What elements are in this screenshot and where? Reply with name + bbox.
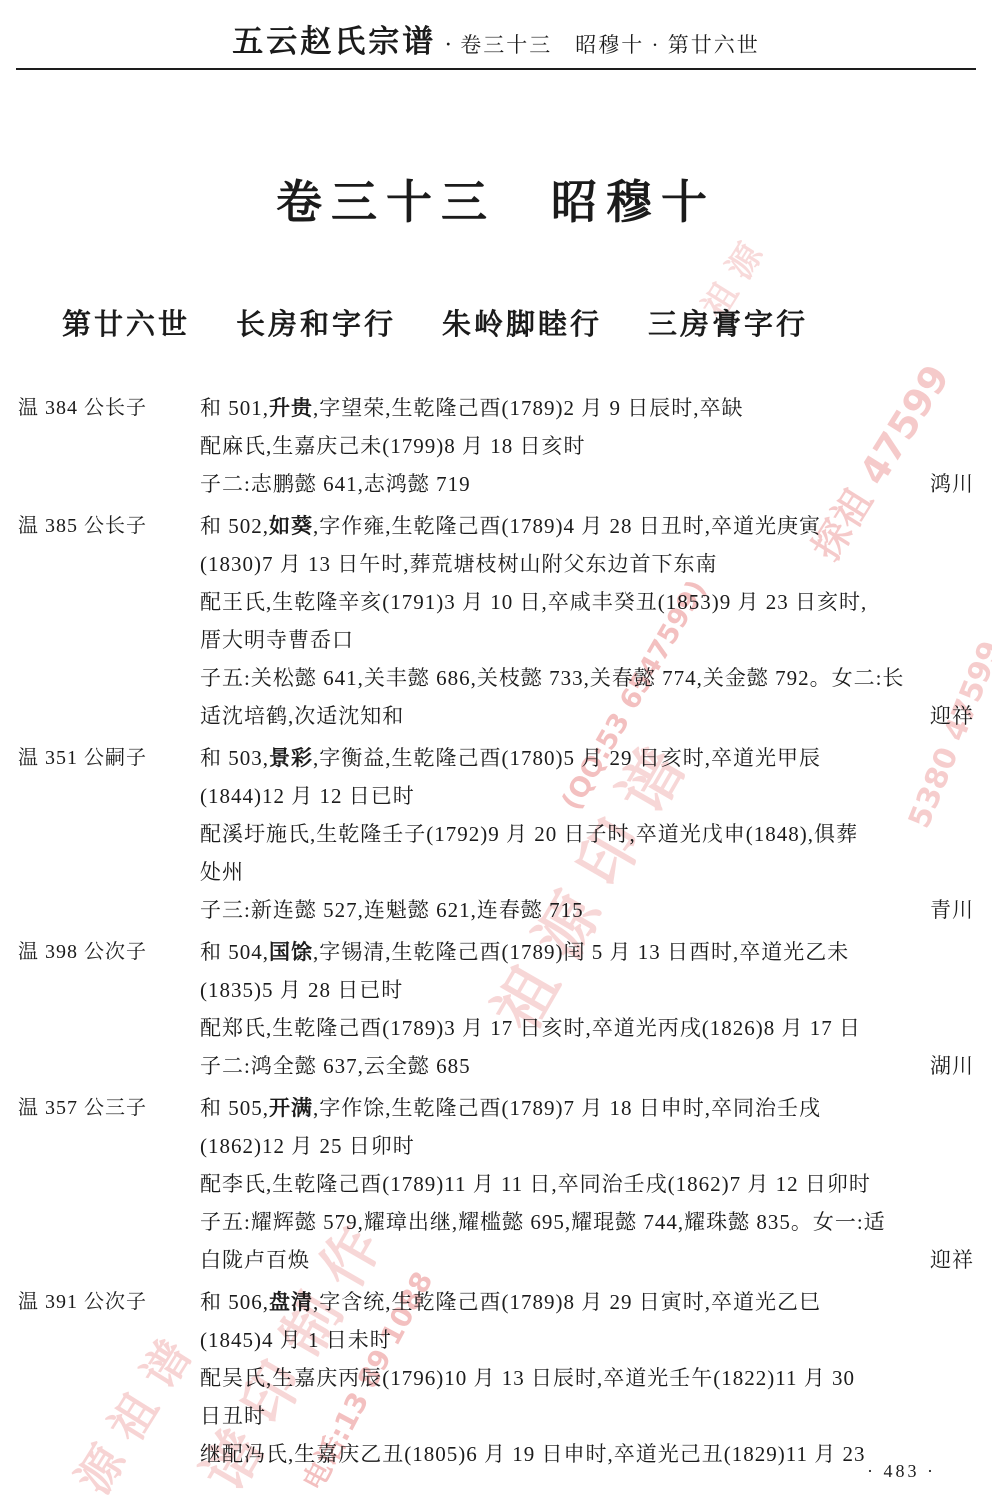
entry-text-line: 配麻氏,生嘉庆己未(1799)8 月 18 日亥时 <box>200 427 976 465</box>
entry-text-line: 处州 <box>200 853 976 891</box>
genealogy-entry: 温 391 公次子和 506,盘清,字含统,生乾隆己酉(1789)8 月 29 … <box>18 1283 976 1473</box>
entry-text-line: 厝大明寺曹岙口 <box>200 621 976 659</box>
entry-text-line: 子五:关松懿 641,关丰懿 686,关枝懿 733,关春懿 774,关金懿 7… <box>200 659 976 697</box>
entry-content: 和 505,开满,字作馀,生乾隆己酉(1789)7 月 18 日申时,卒同治壬戌… <box>200 1089 976 1279</box>
entry-father-label: 温 385 公长子 <box>18 507 200 735</box>
entry-content: 和 503,景彩,字衡益,生乾隆己酉(1780)5 月 29 日亥时,卒道光甲辰… <box>200 739 976 929</box>
person-name: 开满 <box>269 1096 313 1120</box>
genealogy-entry: 温 398 公次子和 504,国馀,字锡清,生乾隆己酉(1789)闰 5 月 1… <box>18 933 976 1085</box>
entry-text-line: 配郑氏,生乾隆己酉(1789)3 月 17 日亥时,卒道光丙戌(1826)8 月… <box>200 1009 976 1047</box>
entry-text-line: (1845)4 月 1 日未时 <box>200 1321 976 1359</box>
subtitle-branch-3: 三房膏字行 <box>648 302 808 343</box>
entry-text-line: 和 502,如葵,字作雍,生乾隆己酉(1789)4 月 28 日丑时,卒道光庚寅 <box>200 507 976 545</box>
genealogy-entry: 温 351 公嗣子和 503,景彩,字衡益,生乾隆己酉(1780)5 月 29 … <box>18 739 976 929</box>
entry-text-line: 和 505,开满,字作馀,生乾隆己酉(1789)7 月 18 日申时,卒同治壬戌 <box>200 1089 976 1127</box>
entry-text-line: 配李氏,生乾隆己酉(1789)11 月 11 日,卒同治壬戌(1862)7 月 … <box>200 1165 976 1203</box>
subtitle-generation: 第廿六世 <box>62 302 190 343</box>
book-title: 五云赵氏宗谱 <box>232 24 436 59</box>
genealogy-page: 探祖 47599祖 源祖 源 印 谱(QQ:53 6547599)5380 47… <box>0 0 992 1512</box>
place-annotation: 迎祥 <box>930 697 974 735</box>
entry-content: 和 506,盘清,字含统,生乾隆己酉(1789)8 月 29 日寅时,卒道光乙巳… <box>200 1283 976 1473</box>
entry-text-line: (1844)12 月 12 日已时 <box>200 777 976 815</box>
entry-text-line: 子五:耀辉懿 579,耀璋出继,耀槛懿 695,耀琨懿 744,耀珠懿 835。… <box>200 1203 976 1241</box>
entry-text-line: 继配冯氏,生嘉庆乙丑(1805)6 月 19 日申时,卒道光己丑(1829)11… <box>200 1435 976 1473</box>
page-header: 五云赵氏宗谱·卷三十三 昭穆十 · 第廿六世 <box>0 0 992 61</box>
person-name: 升贵 <box>269 396 313 420</box>
entry-content: 和 502,如葵,字作雍,生乾隆己酉(1789)4 月 28 日丑时,卒道光庚寅… <box>200 507 976 735</box>
entry-text-line: (1830)7 月 13 日午时,葬荒塘枝树山附父东边首下东南 <box>200 545 976 583</box>
person-name: 国馀 <box>269 940 313 964</box>
place-annotation: 迎祥 <box>930 1241 974 1279</box>
entry-father-label: 温 398 公次子 <box>18 933 200 1085</box>
entry-text-line: 和 503,景彩,字衡益,生乾隆己酉(1780)5 月 29 日亥时,卒道光甲辰 <box>200 739 976 777</box>
entry-text-line: 和 501,升贵,字望荣,生乾隆己酉(1789)2 月 9 日辰时,卒缺 <box>200 389 976 427</box>
entry-text-line: 和 506,盘清,字含统,生乾隆己酉(1789)8 月 29 日寅时,卒道光乙巳 <box>200 1283 976 1321</box>
entry-text-line: (1835)5 月 28 日已时 <box>200 971 976 1009</box>
header-divider <box>16 68 976 70</box>
entry-father-label: 温 384 公长子 <box>18 389 200 503</box>
place-annotation: 青川 <box>930 891 974 929</box>
person-name: 盘清 <box>269 1290 313 1314</box>
entry-text-line: (1862)12 月 25 日卯时 <box>200 1127 976 1165</box>
entry-text-line: 适沈培鹤,次适沈知和迎祥 <box>200 697 976 735</box>
entry-content: 和 501,升贵,字望荣,生乾隆己酉(1789)2 月 9 日辰时,卒缺配麻氏,… <box>200 389 976 503</box>
entry-text-line: 子二:鸿全懿 637,云全懿 685湖川 <box>200 1047 976 1085</box>
place-annotation: 鸿川 <box>930 465 974 503</box>
entry-father-label: 温 351 公嗣子 <box>18 739 200 929</box>
subtitle-branch-1: 长房和字行 <box>236 302 396 343</box>
header-chapter-info: 卷三十三 昭穆十 · 第廿六世 <box>460 33 760 57</box>
entry-text-line: 子三:新连懿 527,连魁懿 621,连春懿 715青川 <box>200 891 976 929</box>
entry-text-line: 白陇卢百焕迎祥 <box>200 1241 976 1279</box>
entry-text-line: 和 504,国馀,字锡清,生乾隆己酉(1789)闰 5 月 13 日酉时,卒道光… <box>200 933 976 971</box>
entry-text-line: 子二:志鹏懿 641,志鸿懿 719鸿川 <box>200 465 976 503</box>
section-subtitle: 第廿六世 长房和字行 朱岭脚睦行 三房膏字行 <box>62 302 992 343</box>
entries: 温 384 公长子和 501,升贵,字望荣,生乾隆己酉(1789)2 月 9 日… <box>0 389 992 1473</box>
subtitle-branch-2: 朱岭脚睦行 <box>442 302 602 343</box>
genealogy-entry: 温 357 公三子和 505,开满,字作馀,生乾隆己酉(1789)7 月 18 … <box>18 1089 976 1279</box>
entry-father-label: 温 391 公次子 <box>18 1283 200 1473</box>
entry-text-line: 配王氏,生乾隆辛亥(1791)3 月 10 日,卒咸丰癸丑(1853)9 月 2… <box>200 583 976 621</box>
page-number: · 483 · <box>867 1461 936 1482</box>
entry-content: 和 504,国馀,字锡清,生乾隆己酉(1789)闰 5 月 13 日酉时,卒道光… <box>200 933 976 1085</box>
genealogy-entry: 温 384 公长子和 501,升贵,字望荣,生乾隆己酉(1789)2 月 9 日… <box>18 389 976 503</box>
genealogy-entry: 温 385 公长子和 502,如葵,字作雍,生乾隆己酉(1789)4 月 28 … <box>18 507 976 735</box>
entry-text-line: 配吴氏,生嘉庆丙辰(1796)10 月 13 日辰时,卒道光壬午(1822)11… <box>200 1359 976 1397</box>
entry-father-label: 温 357 公三子 <box>18 1089 200 1279</box>
header-separator-dot: · <box>436 32 460 58</box>
place-annotation: 湖川 <box>930 1047 974 1085</box>
entry-text-line: 配溪圩施氏,生乾隆壬子(1792)9 月 20 日子时,卒道光戊申(1848),… <box>200 815 976 853</box>
chapter-title: 卷三十三 昭穆十 <box>0 166 992 232</box>
person-name: 景彩 <box>269 746 313 770</box>
person-name: 如葵 <box>269 514 313 538</box>
entry-text-line: 日丑时 <box>200 1397 976 1435</box>
